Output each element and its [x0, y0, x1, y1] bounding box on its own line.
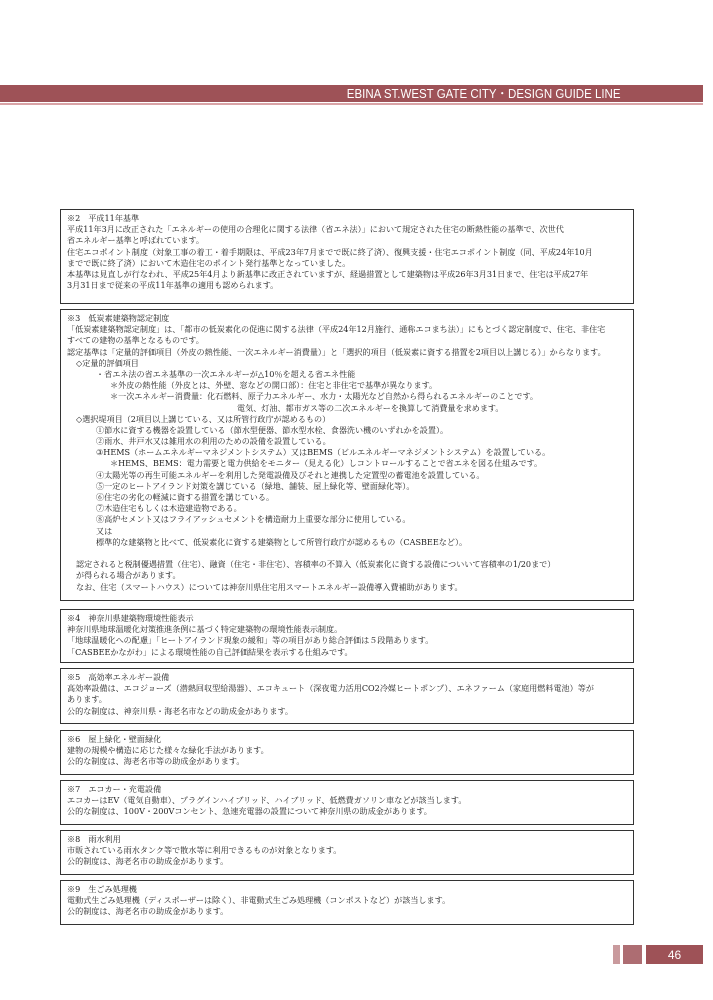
- note-box-2: ※2 平成11年基準 平成11年3月に改正された「エネルギーの使用の合理化に関す…: [60, 209, 634, 304]
- list-item: ・省エネ法の省エネ基準の一次エネルギーが△10％を超える省エネ性能: [67, 369, 627, 380]
- list-item: ①節水に資する機器を設置している（節水型便器、節水型水栓、食器洗い機のいずれかを…: [67, 425, 627, 436]
- note-heading: ※9 生ごみ処理機: [67, 884, 627, 895]
- note-box-8: ※8 雨水利用 市販されている雨水タンク等で散水等に利用できるものが対象となりま…: [60, 830, 634, 875]
- list-item: ③HEMS（ホームエネルギーマネジメントシステム）又はBEMS（ビルエネルギーマ…: [67, 447, 627, 458]
- note-box-4: ※4 神奈川県建築物環境性能表示 神奈川県地球温暖化対策推進条例に基づく特定建築…: [60, 609, 634, 663]
- note-heading: ※4 神奈川県建築物環境性能表示: [67, 613, 627, 624]
- list-item: ⑥住宅の劣化の軽減に資する措置を講じている。: [67, 492, 627, 503]
- note-text: 「低炭素建築物認定制度」は、「都市の低炭素化の促進に関する法律（平成24年12月…: [67, 324, 627, 335]
- list-item: ⑧高炉セメント又はフライアッシュセメントを構造耐力上重要な部分に使用している。: [67, 514, 627, 525]
- page-number: 46: [646, 945, 703, 964]
- note-text: 市販されている雨水タンク等で散水等に利用できるものが対象となります。: [67, 845, 627, 856]
- subheading-quantitative: ◇定量的評価項目: [67, 358, 627, 369]
- spacer: [67, 548, 627, 559]
- note-heading: ※6 屋上緑化・壁面緑化: [67, 734, 627, 745]
- note-text: が得られる場合があります。: [67, 570, 627, 581]
- note-text: 公的制度は、海老名市の助成金があります。: [67, 856, 627, 867]
- note-text: 公的な制度は、神奈川県・海老名市などの助成金があります。: [67, 706, 627, 717]
- note-box-5: ※5 高効率エネルギー設備 高効率設備は、エコジョーズ（潜熱回収型給湯器）、エコ…: [60, 668, 634, 724]
- note-text: 建物の規模や構造に応じた様々な緑化手法があります。: [67, 745, 627, 756]
- note-heading: ※5 高効率エネルギー設備: [67, 672, 627, 683]
- list-item: 電気、灯油、都市ガス等の二次エネルギーを換算して消費量を求めます。: [67, 403, 627, 414]
- note-text: 本基準は見直しが行なわれ、平成25年4月より新基準に改正されていますが、経過措置…: [67, 269, 627, 280]
- list-item: 又は: [67, 526, 627, 537]
- note-text: エコカーはEV（電気自動車）、プラグインハイブリッド、ハイブリッド、低燃費ガソリ…: [67, 795, 627, 806]
- note-text: 3月31日まで従来の平成11年基準の適用も認められます。: [67, 280, 627, 291]
- list-item: ＊一次エネルギー消費量：化石燃料、原子力エネルギー、水力・太陽光など自然から得ら…: [67, 391, 627, 402]
- note-text: 「CASBEEかながわ」による環境性能の自己評価結果を表示する仕組みです。: [67, 647, 627, 658]
- note-text: 高効率設備は、エコジョーズ（潜熱回収型給湯器）、エコキュート（深夜電力活用CO2…: [67, 683, 627, 694]
- header-accent-line: [0, 103, 703, 105]
- list-item: ②雨水、井戸水又は雑用水の利用のための設備を設置している。: [67, 436, 627, 447]
- note-text: 公的な制度は、100V・200Vコンセント、急速充電器の設置について神奈川県の助…: [67, 806, 627, 817]
- note-box-3: ※3 低炭素建築物認定制度 「低炭素建築物認定制度」は、「都市の低炭素化の促進に…: [60, 309, 634, 601]
- note-box-6: ※6 屋上緑化・壁面緑化 建物の規模や構造に応じた様々な緑化手法があります。 公…: [60, 730, 634, 775]
- note-text: 電動式生ごみ処理機（ディスポーザーは除く）、非電動式生ごみ処理機（コンポストなど…: [67, 895, 627, 906]
- note-text: 認定されると税制優遇措置（住宅）、融資（住宅・非住宅）、容積率の不算入（低炭素化…: [67, 559, 627, 570]
- page-marker-decoration: [623, 945, 642, 964]
- note-heading: ※3 低炭素建築物認定制度: [67, 313, 627, 324]
- list-item: ＊外皮の熱性能（外皮とは、外壁、窓などの開口部）：住宅と非住宅で基準が異なります…: [67, 380, 627, 391]
- list-item: 標準的な建築物と比べて、低炭素化に資する建築物として所管行政庁が認めるもの（CA…: [67, 537, 627, 548]
- list-item: ⑤一定のヒートアイランド対策を講じている（緑地、舗装、屋上緑化等、壁面緑化等）。: [67, 481, 627, 492]
- note-text: 「地球温暖化への配慮」「ヒートアイランド現象の緩和」等の項目があり総合評価は５段…: [67, 635, 627, 646]
- note-text: あります。: [67, 694, 627, 705]
- note-text: 認定基準は「定量的評価項目（外皮の熱性能、一次エネルギー消費量）」と「選択的項目…: [67, 347, 627, 358]
- note-text: 省エネルギー基準と呼ばれています。: [67, 235, 627, 246]
- note-text: 公的制度は、海老名市の助成金があります。: [67, 906, 627, 917]
- note-text: までで既に終了済）において木造住宅のポイント発行基準となっていました。: [67, 258, 627, 269]
- note-text: 住宅エコポイント制度（対象工事の着工・着手期限は、平成23年7月までで既に終了済…: [67, 247, 627, 258]
- document-title: EBINA ST.WEST GATE CITY・DESIGN GUIDE LIN…: [347, 85, 621, 102]
- note-text: 神奈川県地球温暖化対策推進条例に基づく特定建築物の環境性能表示制度。: [67, 624, 627, 635]
- note-box-9: ※9 生ごみ処理機 電動式生ごみ処理機（ディスポーザーは除く）、非電動式生ごみ処…: [60, 880, 634, 925]
- subheading-selective: ◇選択堤項目（2項目以上講じている、又は所管行政庁が認めるもの）: [67, 414, 627, 425]
- note-heading: ※8 雨水利用: [67, 834, 627, 845]
- note-heading: ※7 エコカー・充電設備: [67, 784, 627, 795]
- note-text: 平成11年3月に改正された「エネルギーの使用の合理化に関する法律（省エネ法）」に…: [67, 224, 627, 235]
- note-heading: ※2 平成11年基準: [67, 213, 627, 224]
- note-box-7: ※7 エコカー・充電設備 エコカーはEV（電気自動車）、プラグインハイブリッド、…: [60, 780, 634, 825]
- list-item: ⑦木造住宅もしくは木造建造物である。: [67, 503, 627, 514]
- list-item: ④太陽光等の再生可能エネルギーを利用した発電設備及びそれと連携した定置型の蓄電池…: [67, 470, 627, 481]
- list-item: ＊HEMS、BEMS：電力需要と電力供給をモニター（見える化）しコントロールする…: [67, 458, 627, 469]
- note-text: すべての建物の基準となるものです。: [67, 335, 627, 346]
- note-text: なお、住宅（スマートハウス）については神奈川県住宅用スマートエネルギー設備導入費…: [67, 582, 627, 593]
- note-text: 公的な制度は、海老名市等の助成金があります。: [67, 756, 627, 767]
- page-marker-decoration: [613, 945, 620, 964]
